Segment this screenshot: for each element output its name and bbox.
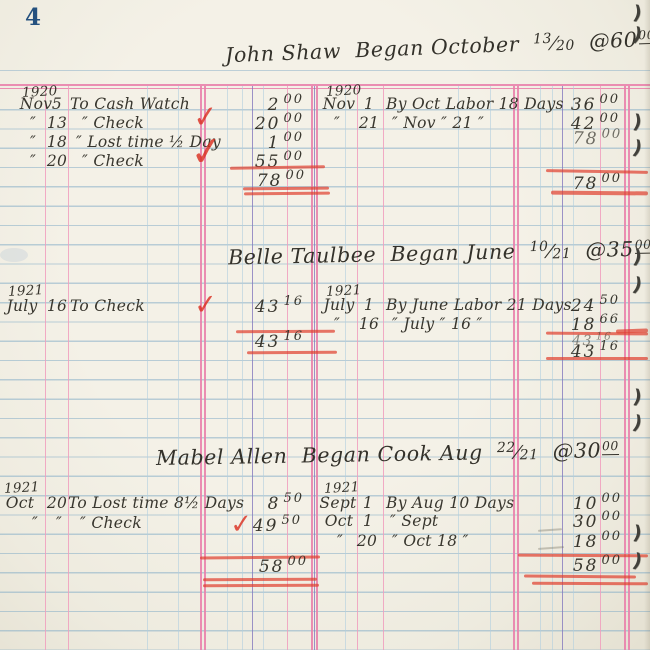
vrule — [45, 86, 46, 650]
credit-total: 5800 — [556, 556, 622, 576]
amount-cell: 4316 — [230, 297, 304, 317]
month-cell: Sept — [316, 494, 360, 512]
red-total-rule — [247, 351, 337, 354]
day-cell: 21 — [356, 114, 382, 132]
vrule — [490, 86, 491, 650]
ledger-page: 4 John Shaw Began October 13⁄20 @6000 19… — [0, 0, 650, 650]
vrule — [345, 86, 346, 650]
monthly-rate-cents: 00 — [602, 439, 619, 455]
debit-total: 5800 — [234, 557, 308, 577]
day-cell: 1 — [356, 296, 382, 314]
scratch-total: 7800 — [556, 128, 623, 150]
account-began: Began June — [390, 239, 516, 266]
check-icon: ✓ — [188, 130, 226, 174]
vrule — [147, 86, 148, 650]
monthly-rate: @30 — [553, 438, 602, 463]
day-cell: 16 — [44, 297, 70, 315]
vrule — [178, 86, 179, 650]
month-cell: ″ — [22, 114, 44, 132]
day-cell: 16 — [356, 315, 382, 333]
description-cell: ″ Check — [80, 514, 142, 532]
red-total-rule — [203, 578, 317, 582]
start-date: 13⁄20 — [533, 30, 575, 56]
vrule — [513, 86, 515, 650]
page-edge-shadow — [644, 0, 650, 650]
day-cell: 20 — [354, 532, 380, 550]
day-cell: ″ — [48, 514, 70, 532]
account-header-john-shaw: John Shaw Began October 13⁄20 @6000 — [225, 27, 650, 68]
month-cell: Nov — [320, 95, 358, 113]
day-cell: 1 — [356, 95, 382, 113]
day-cell: 20 — [44, 494, 70, 512]
day-cell: 18 — [44, 133, 70, 151]
description-cell: By Oct Labor 18 Days — [386, 95, 564, 113]
monthly-rate: @35 — [585, 237, 634, 262]
day-cell: 1 — [356, 494, 380, 512]
month-cell: Oct — [0, 494, 40, 512]
month-cell: ″ — [22, 133, 44, 151]
vrule — [316, 86, 318, 650]
description-cell: To Lost time 8½ Days — [68, 494, 244, 512]
red-total-rule — [203, 584, 319, 588]
month-cell: Oct — [318, 512, 360, 530]
red-total-rule — [546, 357, 648, 360]
description-cell: ″ Oct 18 ″ — [392, 532, 469, 550]
vrule — [311, 86, 313, 650]
description-cell: ″ Check — [82, 114, 144, 132]
page-number: 4 — [25, 4, 41, 31]
description-cell: To Cash Watch — [70, 95, 190, 113]
month-cell: ″ — [22, 152, 44, 170]
account-began: Began Cook Aug — [301, 440, 483, 467]
description-cell: ″ Sept — [390, 512, 438, 530]
month-cell: July — [0, 297, 44, 315]
vrule — [383, 86, 384, 650]
description-cell: ″ Nov ″ 21 ″ — [392, 114, 484, 132]
month-cell: ″ — [24, 514, 46, 532]
month-cell: ″ — [326, 315, 348, 333]
month-cell: July — [318, 296, 360, 314]
binding-stitch-icon: ) — [632, 3, 643, 23]
month-cell: ″ — [326, 114, 348, 132]
description-cell: To Check — [70, 297, 145, 315]
check-icon: ✓ — [229, 510, 253, 539]
day-cell: 13 — [44, 114, 70, 132]
amount-cell: 1800 — [554, 532, 622, 552]
vrule — [458, 86, 459, 650]
account-began: Began October — [355, 32, 520, 62]
red-total-rule — [532, 582, 648, 586]
description-cell: By Aug 10 Days — [386, 494, 514, 512]
debit-total: 4316 — [228, 332, 304, 352]
vrule — [227, 86, 228, 650]
vrule — [357, 86, 358, 650]
vrule — [540, 86, 541, 650]
check-icon: ✓ — [193, 290, 218, 320]
description-cell: ″ Check — [82, 152, 144, 170]
start-date: 22⁄21 — [497, 439, 539, 464]
account-name: Mabel Allen — [156, 444, 288, 470]
account-name: Belle Taulbee — [228, 242, 377, 269]
vrule — [517, 86, 519, 650]
month-cell: ″ — [330, 532, 350, 550]
day-cell: 20 — [44, 152, 70, 170]
day-cell: 5 — [44, 95, 70, 113]
description-cell: ″ July ″ 16 ″ — [392, 315, 483, 333]
account-name: John Shaw — [225, 39, 342, 67]
ink-smudge — [0, 248, 28, 262]
vrule — [68, 86, 69, 650]
title-rule-line — [0, 70, 650, 71]
description-cell: By June Labor 21 Days — [386, 296, 572, 314]
vrule — [314, 86, 315, 650]
day-cell: 1 — [356, 512, 380, 530]
start-date: 10⁄21 — [529, 238, 571, 263]
